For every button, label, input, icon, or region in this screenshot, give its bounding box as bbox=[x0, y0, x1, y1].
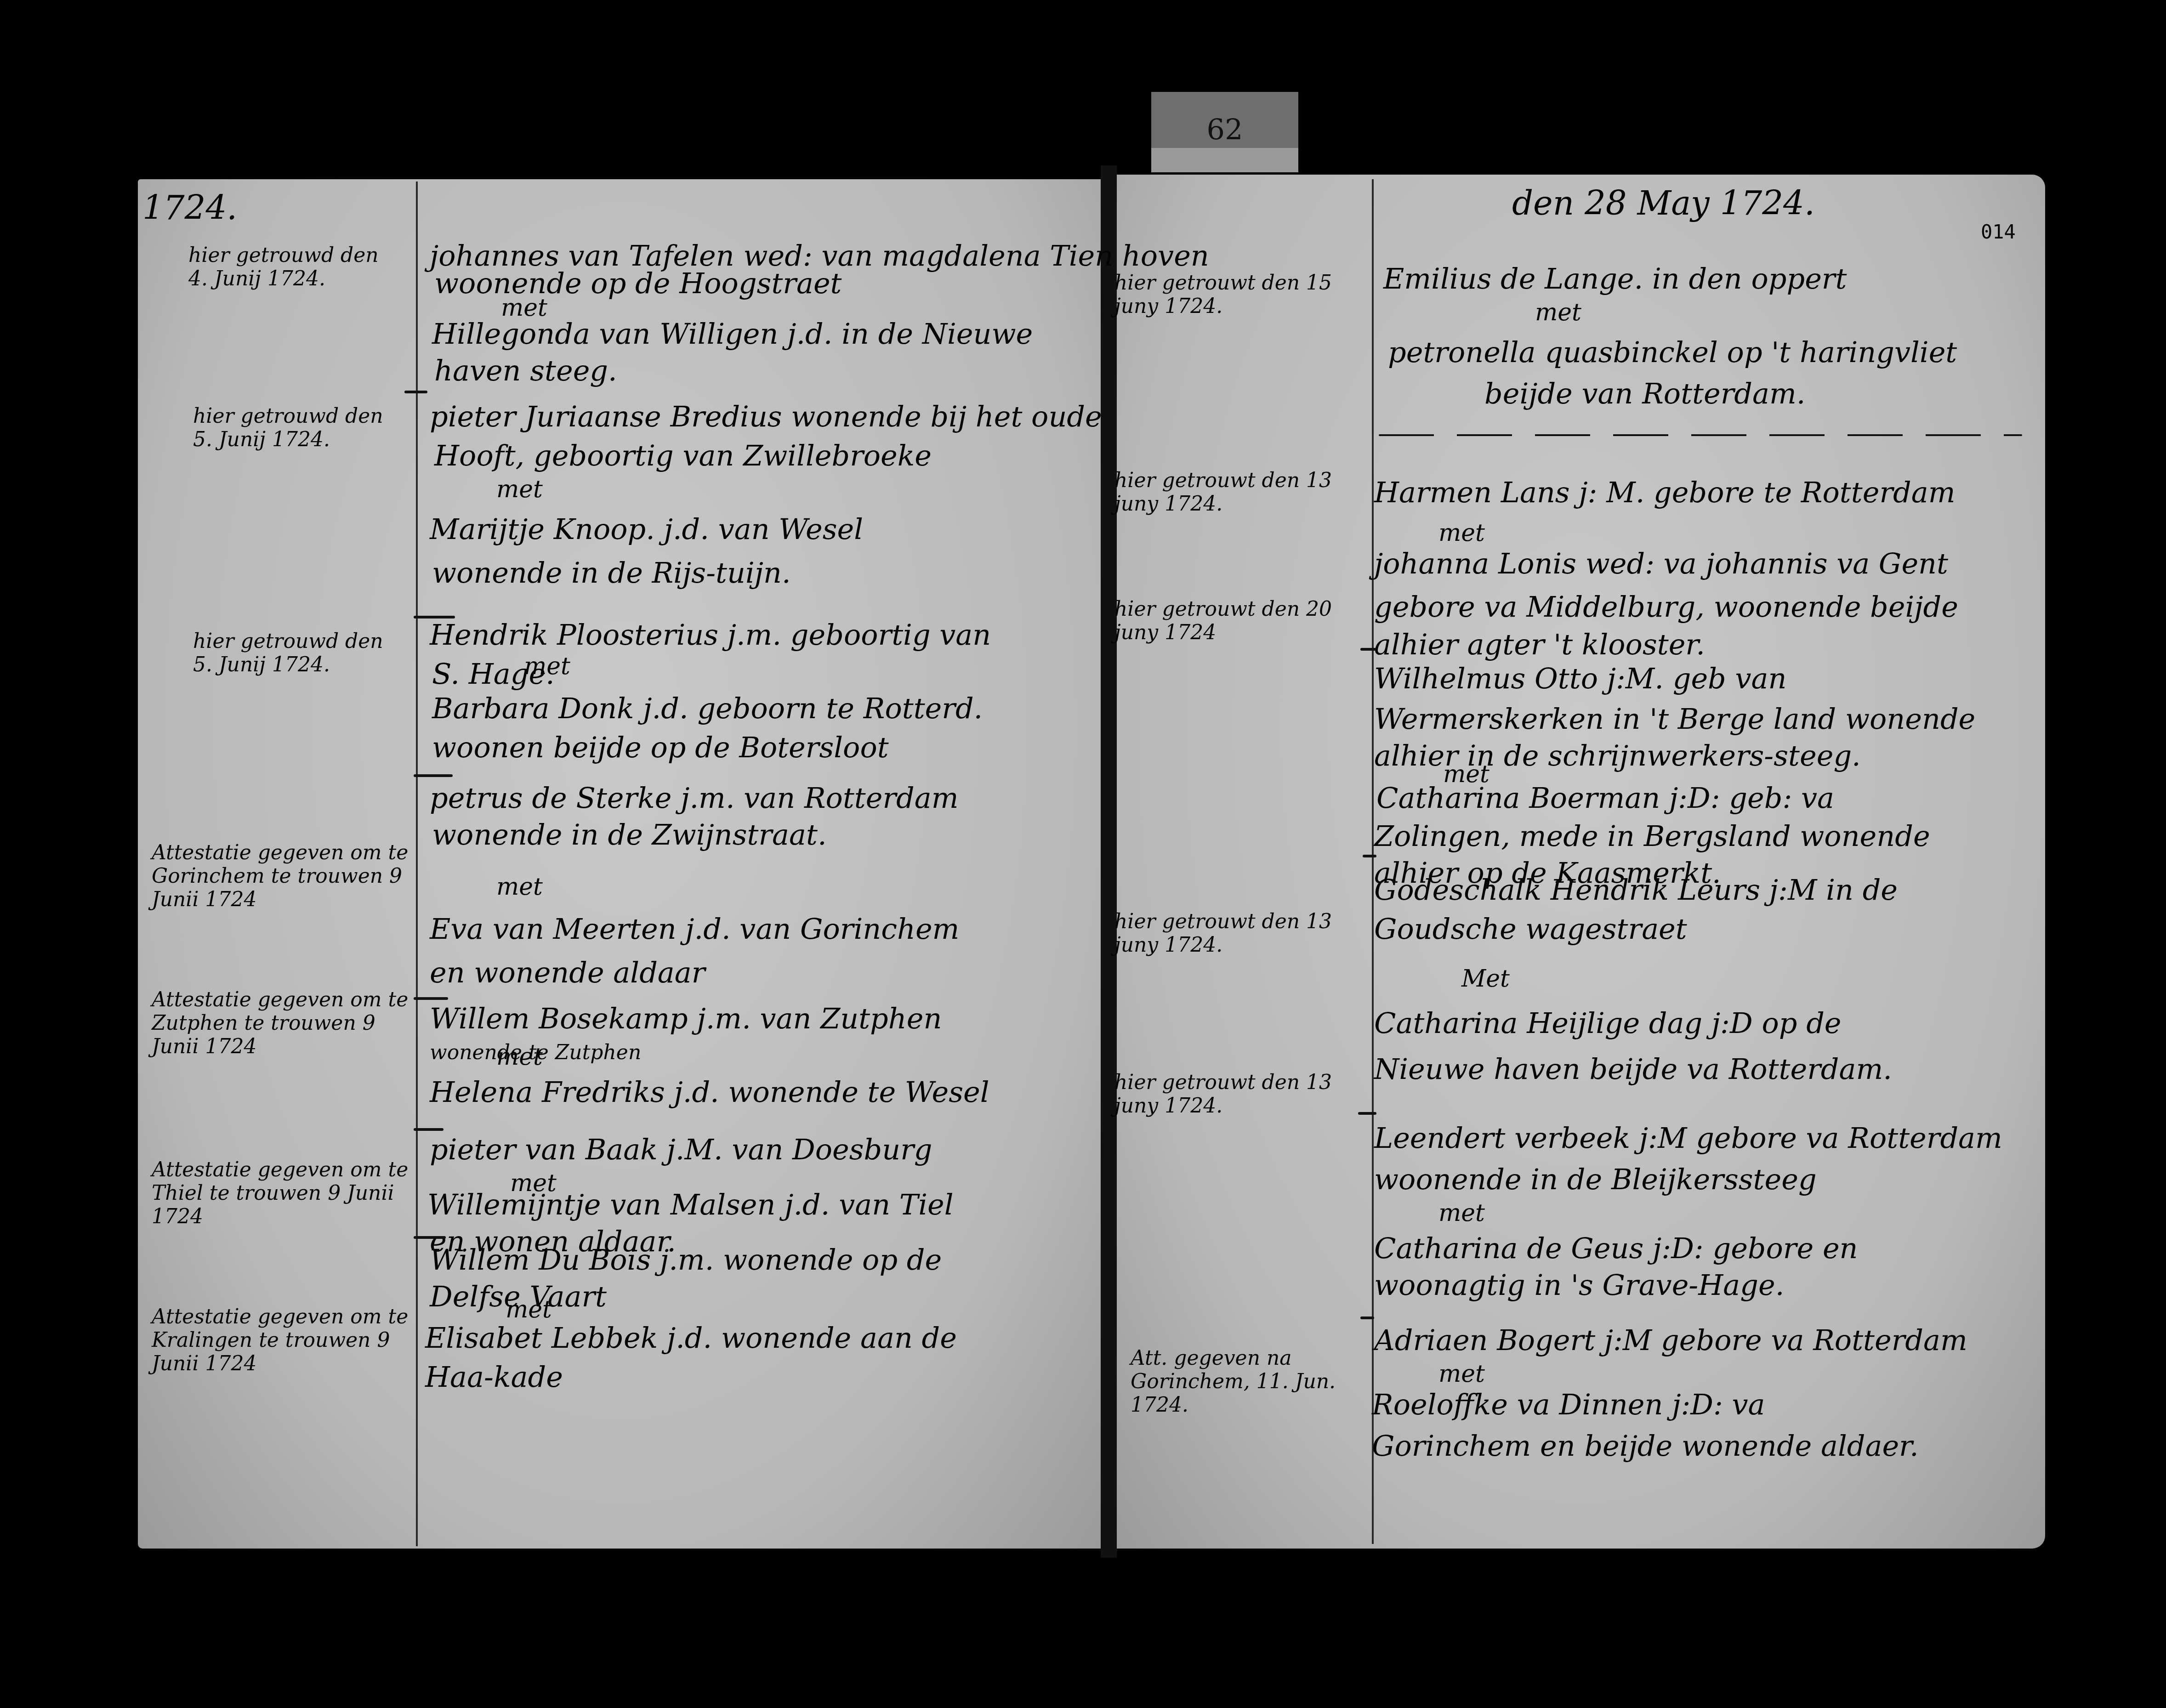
bride-line: Roeloffke va Dinnen j:D: va bbox=[1372, 1388, 1765, 1421]
groom-line: pieter van Baak j.M. van Doesburg bbox=[430, 1133, 932, 1166]
conjunction: met bbox=[1438, 1199, 1485, 1227]
bride-line: Catharina de Geus j:D: gebore en bbox=[1374, 1231, 1858, 1265]
groom-line: Wilhelmus Otto j:M. geb van bbox=[1374, 662, 1786, 695]
groom-line: Emilius de Lange. in den oppert bbox=[1383, 262, 1847, 295]
groom-line: Harmen Lans j: M. gebore te Rotterdam bbox=[1374, 476, 1955, 509]
bride-detail: Haa-kade bbox=[425, 1360, 563, 1394]
bride-line: Marijtje Knoop. j.d. van Wesel bbox=[430, 512, 863, 546]
bride-detail: wonende in de Rijs-tuijn. bbox=[432, 556, 791, 590]
groom-line: Willem Du Bois j.m. wonende op de bbox=[430, 1243, 942, 1277]
bride-detail: woonen beijde op de Botersloot bbox=[432, 731, 889, 764]
groom-detail: Hooft, geboortig van Zwillebroeke bbox=[434, 439, 932, 472]
bride-detail: woonagtig in 's Grave-Hage. bbox=[1374, 1268, 1784, 1302]
margin-note: Attestatie gegeven om te Thiel te trouwe… bbox=[152, 1158, 409, 1228]
bride-detail: Gorinchem en beijde wonende aldaer. bbox=[1372, 1429, 1919, 1463]
entry-separator bbox=[414, 1128, 443, 1131]
conjunction: met bbox=[1438, 519, 1485, 547]
bride-line: johanna Lonis wed: va johannis va Gent bbox=[1374, 547, 1948, 580]
margin-note: hier getrouwt den 20 juny 1724 bbox=[1114, 597, 1353, 644]
bride-line: Barbara Donk j.d. geboorn te Rotterd. bbox=[432, 692, 983, 725]
groom-line: pieter Juriaanse Bredius wonende bij het… bbox=[430, 400, 1102, 433]
conjunction: met bbox=[496, 476, 543, 503]
bride-detail: Nieuwe haven beijde va Rotterdam. bbox=[1374, 1052, 1892, 1086]
margin-note: hier getrouwd den 5. Junij 1724. bbox=[193, 630, 395, 676]
book-gutter bbox=[1101, 165, 1117, 1558]
groom-line: Hendrik Ploosterius j.m. geboortig van bbox=[430, 618, 991, 652]
margin-note: hier getrouwt den 13 juny 1724. bbox=[1114, 469, 1353, 516]
groom-line: Godeschalk Hendrik Leurs j:M in de bbox=[1374, 873, 1898, 907]
entry-separator bbox=[414, 774, 453, 777]
bride-line: Hillegonda van Willigen j.d. in de Nieuw… bbox=[432, 317, 1033, 351]
margin-note: hier getrouwd den 4. Junij 1724. bbox=[188, 244, 391, 290]
bride-line: Willemijntje van Malsen j.d. van Tiel bbox=[427, 1188, 954, 1221]
groom-line: Leendert verbeek j:M gebore va Rotterdam bbox=[1374, 1121, 2002, 1155]
margin-note: hier getrouwt den 15 juny 1724. bbox=[1114, 271, 1353, 318]
margin-note: Att. gegeven na Gorinchem, 11. Jun. 1724… bbox=[1131, 1346, 1370, 1417]
left-margin-rule bbox=[416, 182, 418, 1546]
bride-line: Elisabet Lebbek j.d. wonende aan de bbox=[425, 1321, 957, 1355]
margin-note: hier getrouwt den 13 juny 1724. bbox=[1114, 1071, 1353, 1118]
year-header: 1724. bbox=[142, 188, 237, 227]
bride-detail: beijde van Rotterdam. bbox=[1484, 377, 1805, 410]
bride-line: Catharina Heijlige dag j:D op de bbox=[1374, 1006, 1842, 1040]
entry-separator bbox=[1363, 855, 1376, 857]
conjunction: met bbox=[1438, 1360, 1485, 1388]
conjunction: met bbox=[1535, 299, 1581, 326]
entry-separator bbox=[1360, 648, 1376, 651]
bride-line: Eva van Meerten j.d. van Gorinchem bbox=[430, 912, 959, 946]
bride-line: petronella quasbinckel op 't haringvliet bbox=[1388, 335, 1957, 369]
conjunction: met bbox=[496, 873, 543, 901]
bride-detail: haven steeg. bbox=[434, 354, 617, 387]
entry-separator bbox=[1360, 1316, 1374, 1319]
conjunction: met bbox=[506, 1296, 552, 1323]
entry-separator bbox=[404, 391, 427, 393]
groom-line: petrus de Sterke j.m. van Rotterdam bbox=[430, 781, 959, 815]
date-header: den 28 May 1724. bbox=[1512, 184, 1815, 222]
conjunction: met bbox=[524, 653, 570, 680]
margin-note: Attestatie gegeven om te Gorinchem te tr… bbox=[152, 841, 409, 911]
conjunction: Met bbox=[1461, 965, 1510, 993]
right-margin-rule bbox=[1372, 179, 1374, 1544]
folio-number: 62 bbox=[1151, 113, 1298, 146]
conjunction: met bbox=[496, 1043, 543, 1071]
bride-detail: gebore va Middelburg, woonende beijde al… bbox=[1374, 588, 2018, 664]
groom-detail: woonende in de Bleijkerssteeg bbox=[1374, 1163, 1817, 1196]
groom-line: Adriaen Bogert j:M gebore va Rotterdam bbox=[1374, 1323, 1967, 1357]
entry-separator bbox=[414, 1236, 446, 1239]
bride-line: Catharina Boerman j:D: geb: va bbox=[1376, 781, 1834, 815]
bride-detail: en wonende aldaar bbox=[430, 956, 705, 989]
margin-note: Attestatie gegeven om te Kralingen te tr… bbox=[152, 1305, 409, 1375]
archive-stamp: 014 bbox=[1981, 221, 2016, 243]
folio-tab: 62 bbox=[1151, 92, 1298, 172]
groom-detail: wonende in de Zwijnstraat. bbox=[432, 818, 827, 851]
groom-detail: woonende op de Hoogstraet bbox=[434, 267, 842, 300]
entry-separator bbox=[1358, 1112, 1376, 1115]
bride-line: Helena Fredriks j.d. wonende te Wesel bbox=[430, 1075, 989, 1109]
margin-note: hier getrouwt den 13 juny 1724. bbox=[1114, 910, 1353, 957]
margin-note: hier getrouwd den 5. Junij 1724. bbox=[193, 404, 395, 451]
groom-detail: Goudsche wagestraet bbox=[1374, 912, 1687, 946]
groom-line: Willem Bosekamp j.m. van Zutphen bbox=[430, 1002, 942, 1035]
entry-separator bbox=[1379, 434, 2022, 436]
entry-separator bbox=[414, 997, 448, 1000]
margin-note: Attestatie gegeven om te Zutphen te trou… bbox=[152, 988, 409, 1058]
